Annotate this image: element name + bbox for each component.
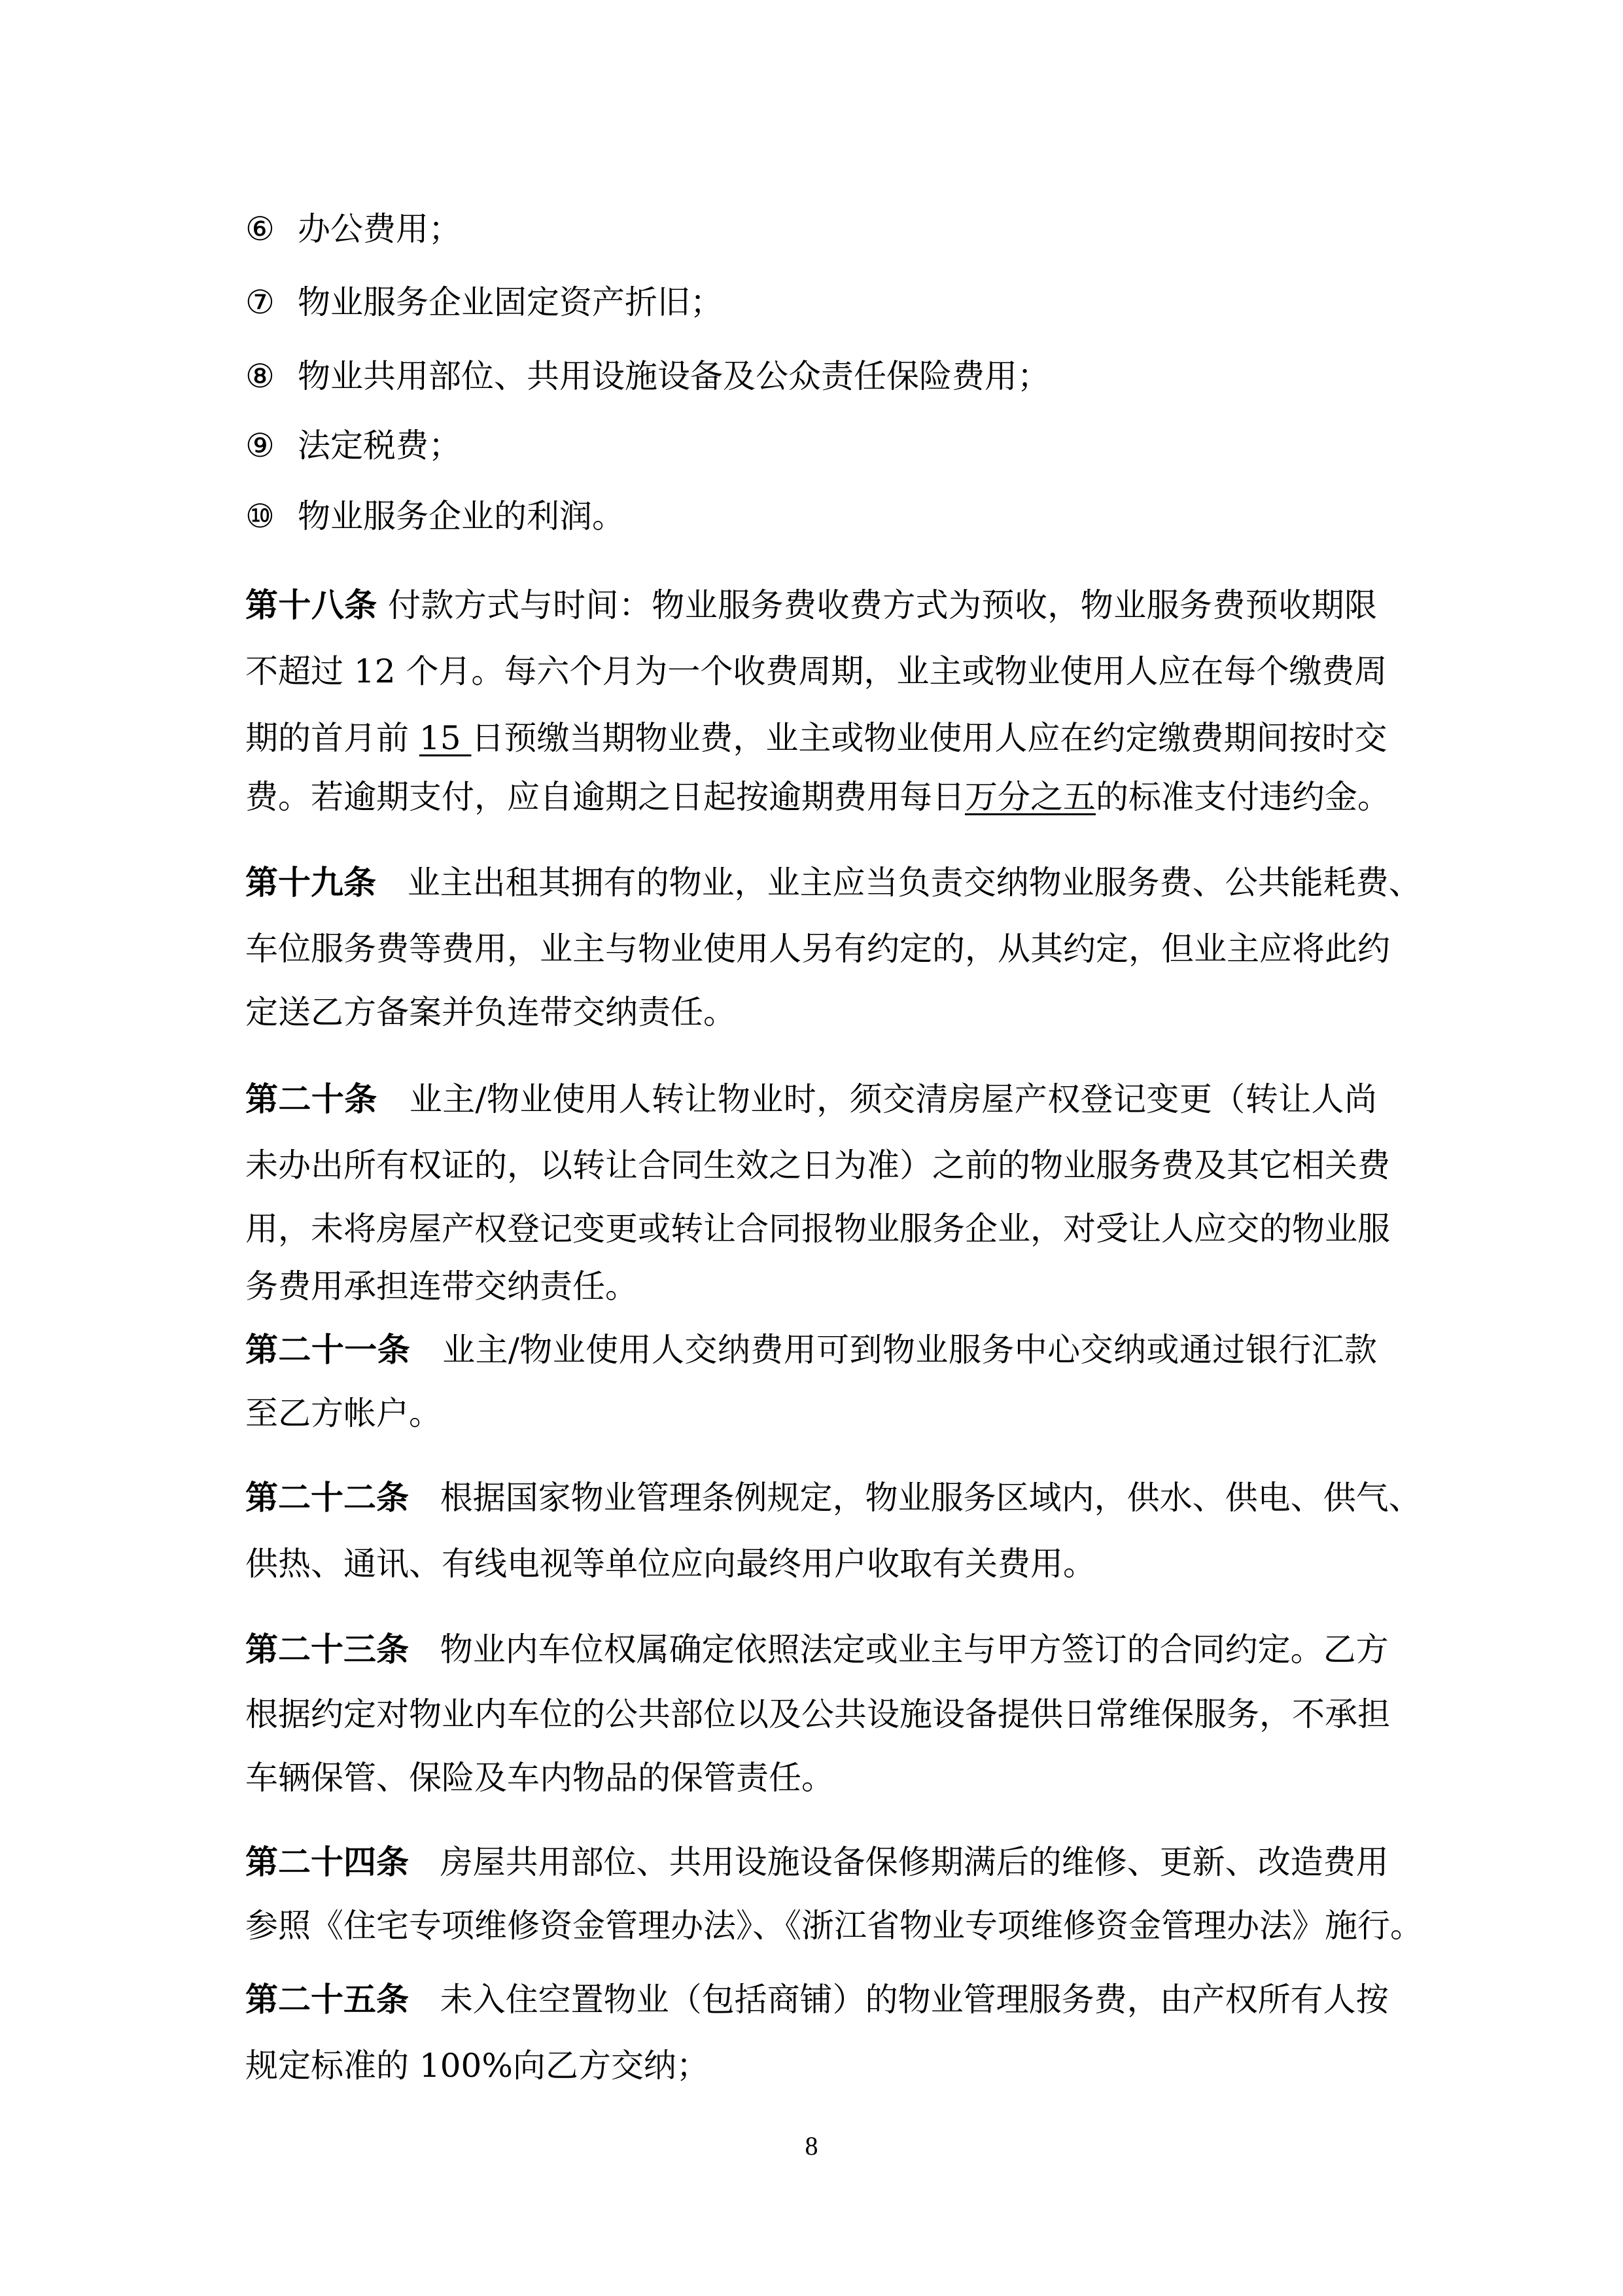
- article-label: 第二十一条: [245, 1330, 410, 1369]
- article-label: 第二十四条: [245, 1843, 409, 1881]
- article-text: 房屋共用部位、共用设施设备保修期满后的维修、更新、改造费用: [440, 1843, 1389, 1881]
- text-line: 参照《住宅专项维修资金管理办法》、《浙江省物业专项维修资金管理办法》施行。: [245, 1893, 1377, 1958]
- text-line: 定送乙方备案并负连带交纳责任。: [245, 980, 1377, 1045]
- item-text: 物业服务企业的利润。: [298, 497, 625, 535]
- text-line: 不超过 12 个月。每六个月为一个收费周期，业主或物业使用人应在每个缴费周: [245, 639, 1377, 704]
- article-label: 第二十五条: [245, 1980, 409, 2019]
- text-line: 规定标准的 100%向乙方交纳；: [245, 2033, 1377, 2098]
- item-number: ⑨: [245, 413, 298, 478]
- article-text: 日预缴当期物业费，业主或物业使用人应在约定缴费期间按时交: [471, 719, 1387, 757]
- text-line: 用，未将房屋产权登记变更或转让合同报物业服务企业，对受让人应交的物业服: [245, 1196, 1377, 1262]
- item-text: 物业服务企业固定资产折旧；: [298, 283, 723, 321]
- text-line: 第二十三条 物业内车位权属确定依照法定或业主与甲方签订的合同约定。乙方: [245, 1617, 1377, 1682]
- article-text: 业主出租其拥有的物业，业主应当负责交纳物业服务费、公共能耗费、: [408, 864, 1422, 902]
- article-text: 未入住空置物业（包括商铺）的物业管理服务费，由产权所有人按: [440, 1981, 1389, 2019]
- article-label: 第二十条: [245, 1080, 377, 1118]
- article-text: 的标准支付违约金。: [1096, 778, 1390, 816]
- text-line: 第二十五条 未入住空置物业（包括商铺）的物业管理服务费，由产权所有人按: [245, 1967, 1377, 2032]
- text-line: 未办出所有权证的，以转让合同生效之日为准）之前的物业服务费及其它相关费: [245, 1133, 1377, 1198]
- article-text: 根据国家物业管理条例规定，物业服务区域内，供水、供电、供气、: [440, 1479, 1422, 1517]
- underlined-days: 15: [419, 719, 472, 757]
- item-text: 办公费用；: [298, 210, 461, 248]
- page-number: 8: [0, 2130, 1623, 2163]
- text-line: 费。若逾期支付，应自逾期之日起按逾期费用每日万分之五的标准支付违约金。: [245, 764, 1377, 830]
- text-line: 务费用承担连带交纳责任。: [245, 1254, 1377, 1319]
- article-text: 业主/物业使用人交纳费用可到物业服务中心交纳或通过银行汇款: [442, 1331, 1377, 1369]
- list-item: ⑩物业服务企业的利润。: [245, 484, 625, 549]
- article-text: 物业内车位权属确定依照法定或业主与甲方签订的合同约定。乙方: [440, 1631, 1389, 1669]
- list-item: ⑥办公费用；: [245, 196, 461, 262]
- text-line: 第二十一条 业主/物业使用人交纳费用可到物业服务中心交纳或通过银行汇款: [245, 1317, 1377, 1383]
- article-text: 期的首月前: [245, 719, 419, 757]
- document-page: ⑥办公费用； ⑦物业服务企业固定资产折旧； ⑧物业共用部位、共用设施设备及公众责…: [0, 0, 1623, 2296]
- text-line: 期的首月前 15 日预缴当期物业费，业主或物业使用人应在约定缴费期间按时交: [245, 705, 1377, 771]
- item-number: ⑩: [245, 484, 298, 549]
- article-label: 第十八条: [245, 586, 377, 624]
- text-line: 供热、通讯、有线电视等单位应向最终用户收取有关费用。: [245, 1531, 1377, 1597]
- text-line: 第二十二条 根据国家物业管理条例规定，物业服务区域内，供水、供电、供气、: [245, 1465, 1377, 1530]
- list-item: ⑨法定税费；: [245, 413, 461, 478]
- text-line: 第二十条 业主/物业使用人转让物业时，须交清房屋产权登记变更（转让人尚: [245, 1067, 1377, 1132]
- underlined-rate: 万分之五: [965, 778, 1096, 816]
- text-line: 至乙方帐户。: [245, 1381, 1377, 1446]
- text-line: 第十九条 业主出租其拥有的物业，业主应当负责交纳物业服务费、公共能耗费、: [245, 850, 1377, 915]
- article-label: 第二十二条: [245, 1478, 409, 1517]
- text-line: 根据约定对物业内车位的公共部位以及公共设施设备提供日常维保服务，不承担: [245, 1682, 1377, 1747]
- item-number: ⑦: [245, 270, 298, 335]
- item-number: ⑥: [245, 196, 298, 262]
- list-item: ⑧物业共用部位、共用设施设备及公众责任保险费用；: [245, 344, 1050, 409]
- text-line: 车辆保管、保险及车内物品的保管责任。: [245, 1745, 1377, 1810]
- item-text: 法定税费；: [298, 427, 461, 465]
- article-label: 第二十三条: [245, 1630, 409, 1669]
- article-label: 第十九条: [245, 863, 376, 902]
- list-item: ⑦物业服务企业固定资产折旧；: [245, 270, 723, 335]
- text-line: 车位服务费等费用，业主与物业使用人另有约定的，从其约定，但业主应将此约: [245, 916, 1377, 981]
- item-number: ⑧: [245, 344, 298, 409]
- text-line: 第十八条 付款方式与时间：物业服务费收费方式为预收，物业服务费预收期限: [245, 573, 1377, 638]
- text-line: 第二十四条 房屋共用部位、共用设施设备保修期满后的维修、更新、改造费用: [245, 1829, 1377, 1895]
- article-text: 付款方式与时间：物业服务费收费方式为预收，物业服务费预收期限: [388, 586, 1377, 624]
- article-text: 业主/物业使用人转让物业时，须交清房屋产权登记变更（转让人尚: [410, 1080, 1377, 1118]
- article-text: 费。若逾期支付，应自逾期之日起按逾期费用每日: [245, 778, 965, 816]
- item-text: 物业共用部位、共用设施设备及公众责任保险费用；: [298, 357, 1050, 395]
